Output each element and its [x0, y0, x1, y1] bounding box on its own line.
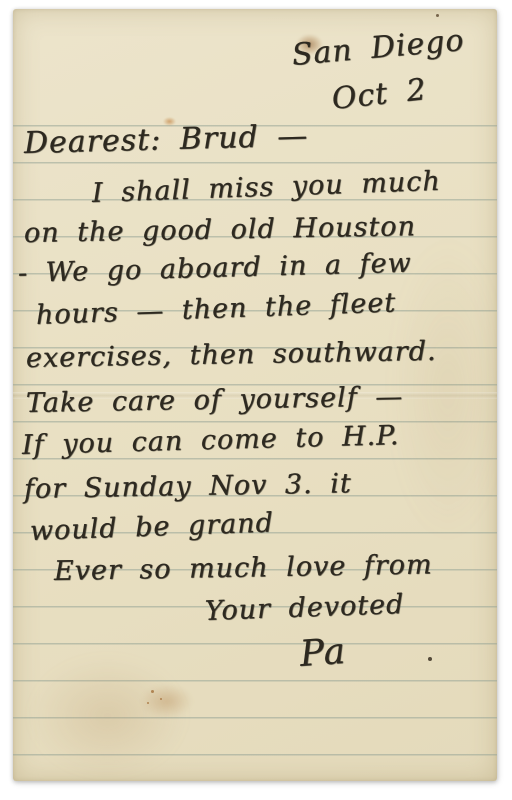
letter-paper: San Diego Oct 2 Dearest: Brud — I shall …: [13, 9, 497, 781]
place-line: San Diego: [290, 23, 465, 73]
closing-line: Ever so much love from: [54, 549, 433, 587]
ink-speck: [436, 14, 439, 17]
foxing-speck: [147, 702, 149, 704]
date-line: Oct 2: [330, 72, 428, 117]
foxing-speck: [151, 690, 154, 693]
foxing-speck: [160, 698, 162, 700]
body-line: Take care of yourself —: [26, 381, 404, 419]
body-line: for Sunday Nov 3. it: [24, 468, 352, 505]
signature-line: Pa: [299, 631, 348, 675]
letter-photo: San Diego Oct 2 Dearest: Brud — I shall …: [0, 0, 512, 800]
salutation-line: Dearest: Brud —: [24, 119, 309, 161]
ink-speck: [428, 657, 432, 661]
